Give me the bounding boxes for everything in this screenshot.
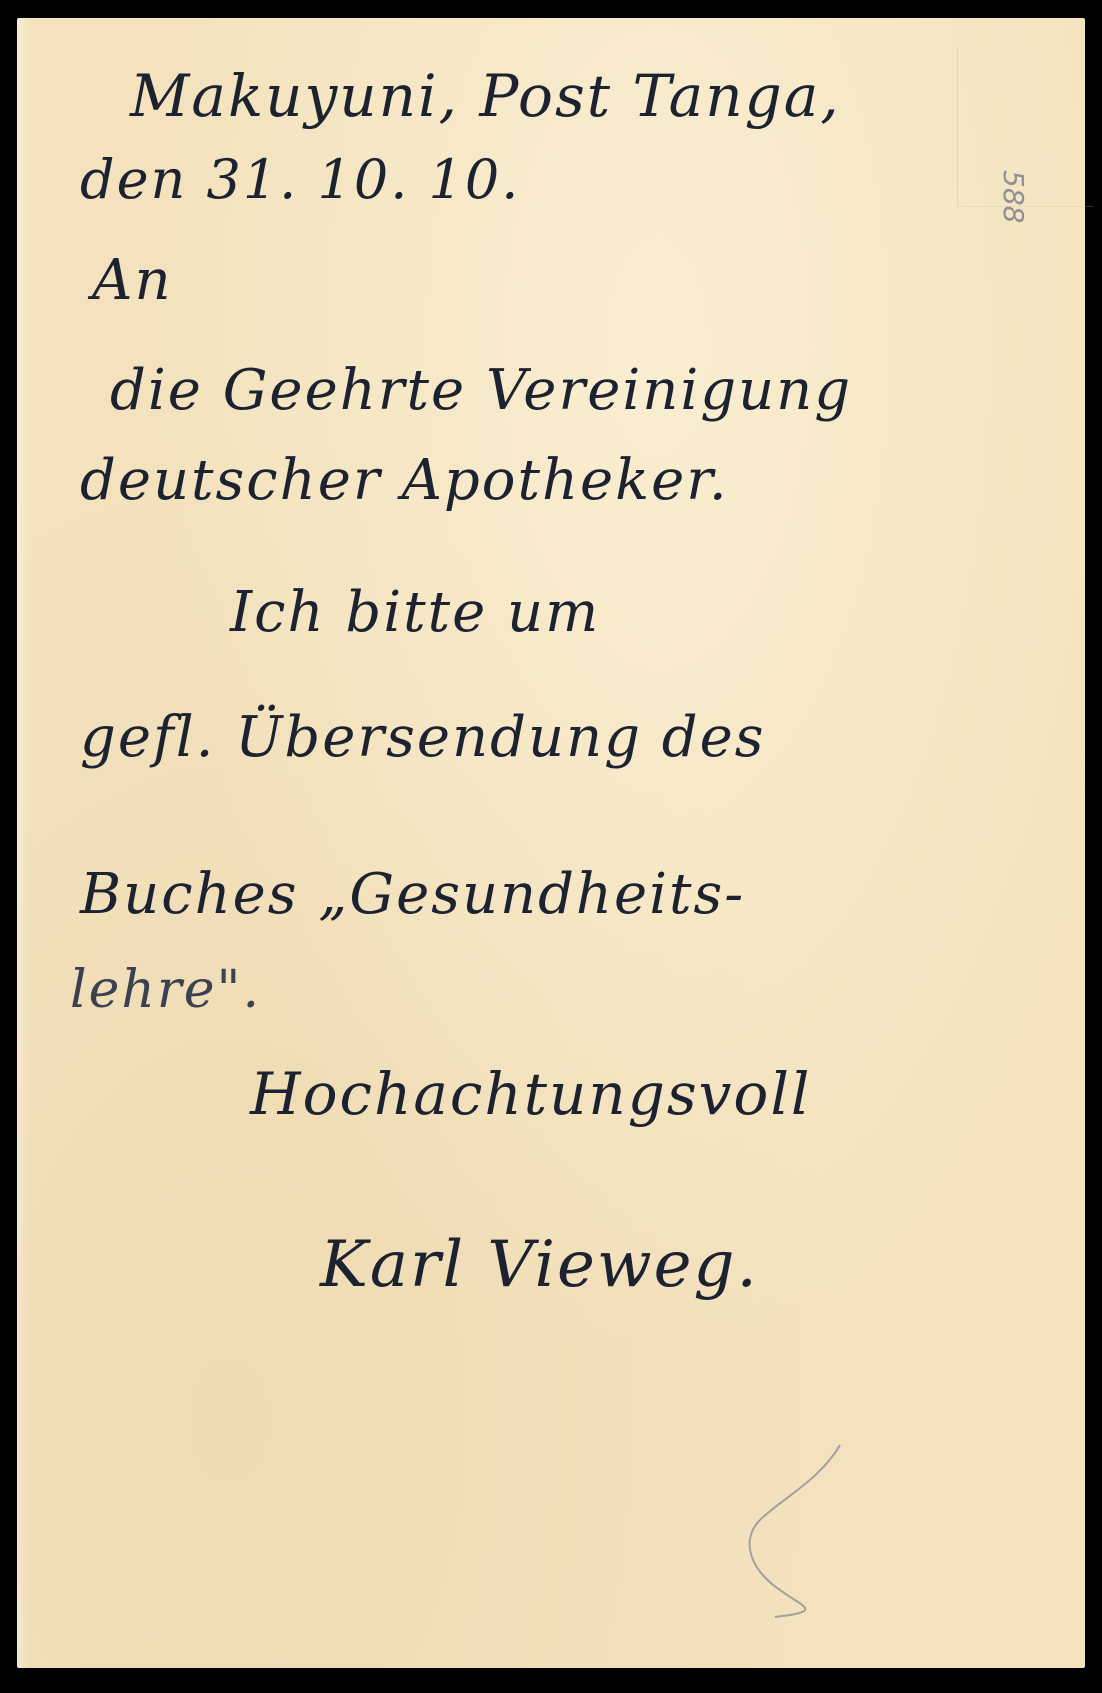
date-line: den 31. 10. 10.	[80, 148, 520, 211]
pencil-flourish-icon	[720, 1440, 860, 1630]
salutation-an: An	[92, 248, 173, 313]
body-line-1: Ich bitte um	[230, 580, 600, 645]
body-line-4: lehre".	[70, 960, 261, 1020]
pencil-annotation: 588	[997, 170, 1030, 223]
recipient-line-2: deutscher Apotheker.	[80, 448, 729, 513]
place-line: Makuyuni, Post Tanga,	[130, 62, 841, 130]
recipient-line-1: die Geehrte Vereinigung	[110, 358, 852, 423]
body-line-2: gefl. Übersendung des	[80, 705, 765, 770]
body-line-3: Buches „Gesundheits-	[80, 862, 745, 927]
postcard	[17, 18, 1085, 1668]
closing-line: Hochachtungsvoll	[250, 1060, 811, 1128]
signature: Karl Vieweg.	[320, 1228, 759, 1302]
